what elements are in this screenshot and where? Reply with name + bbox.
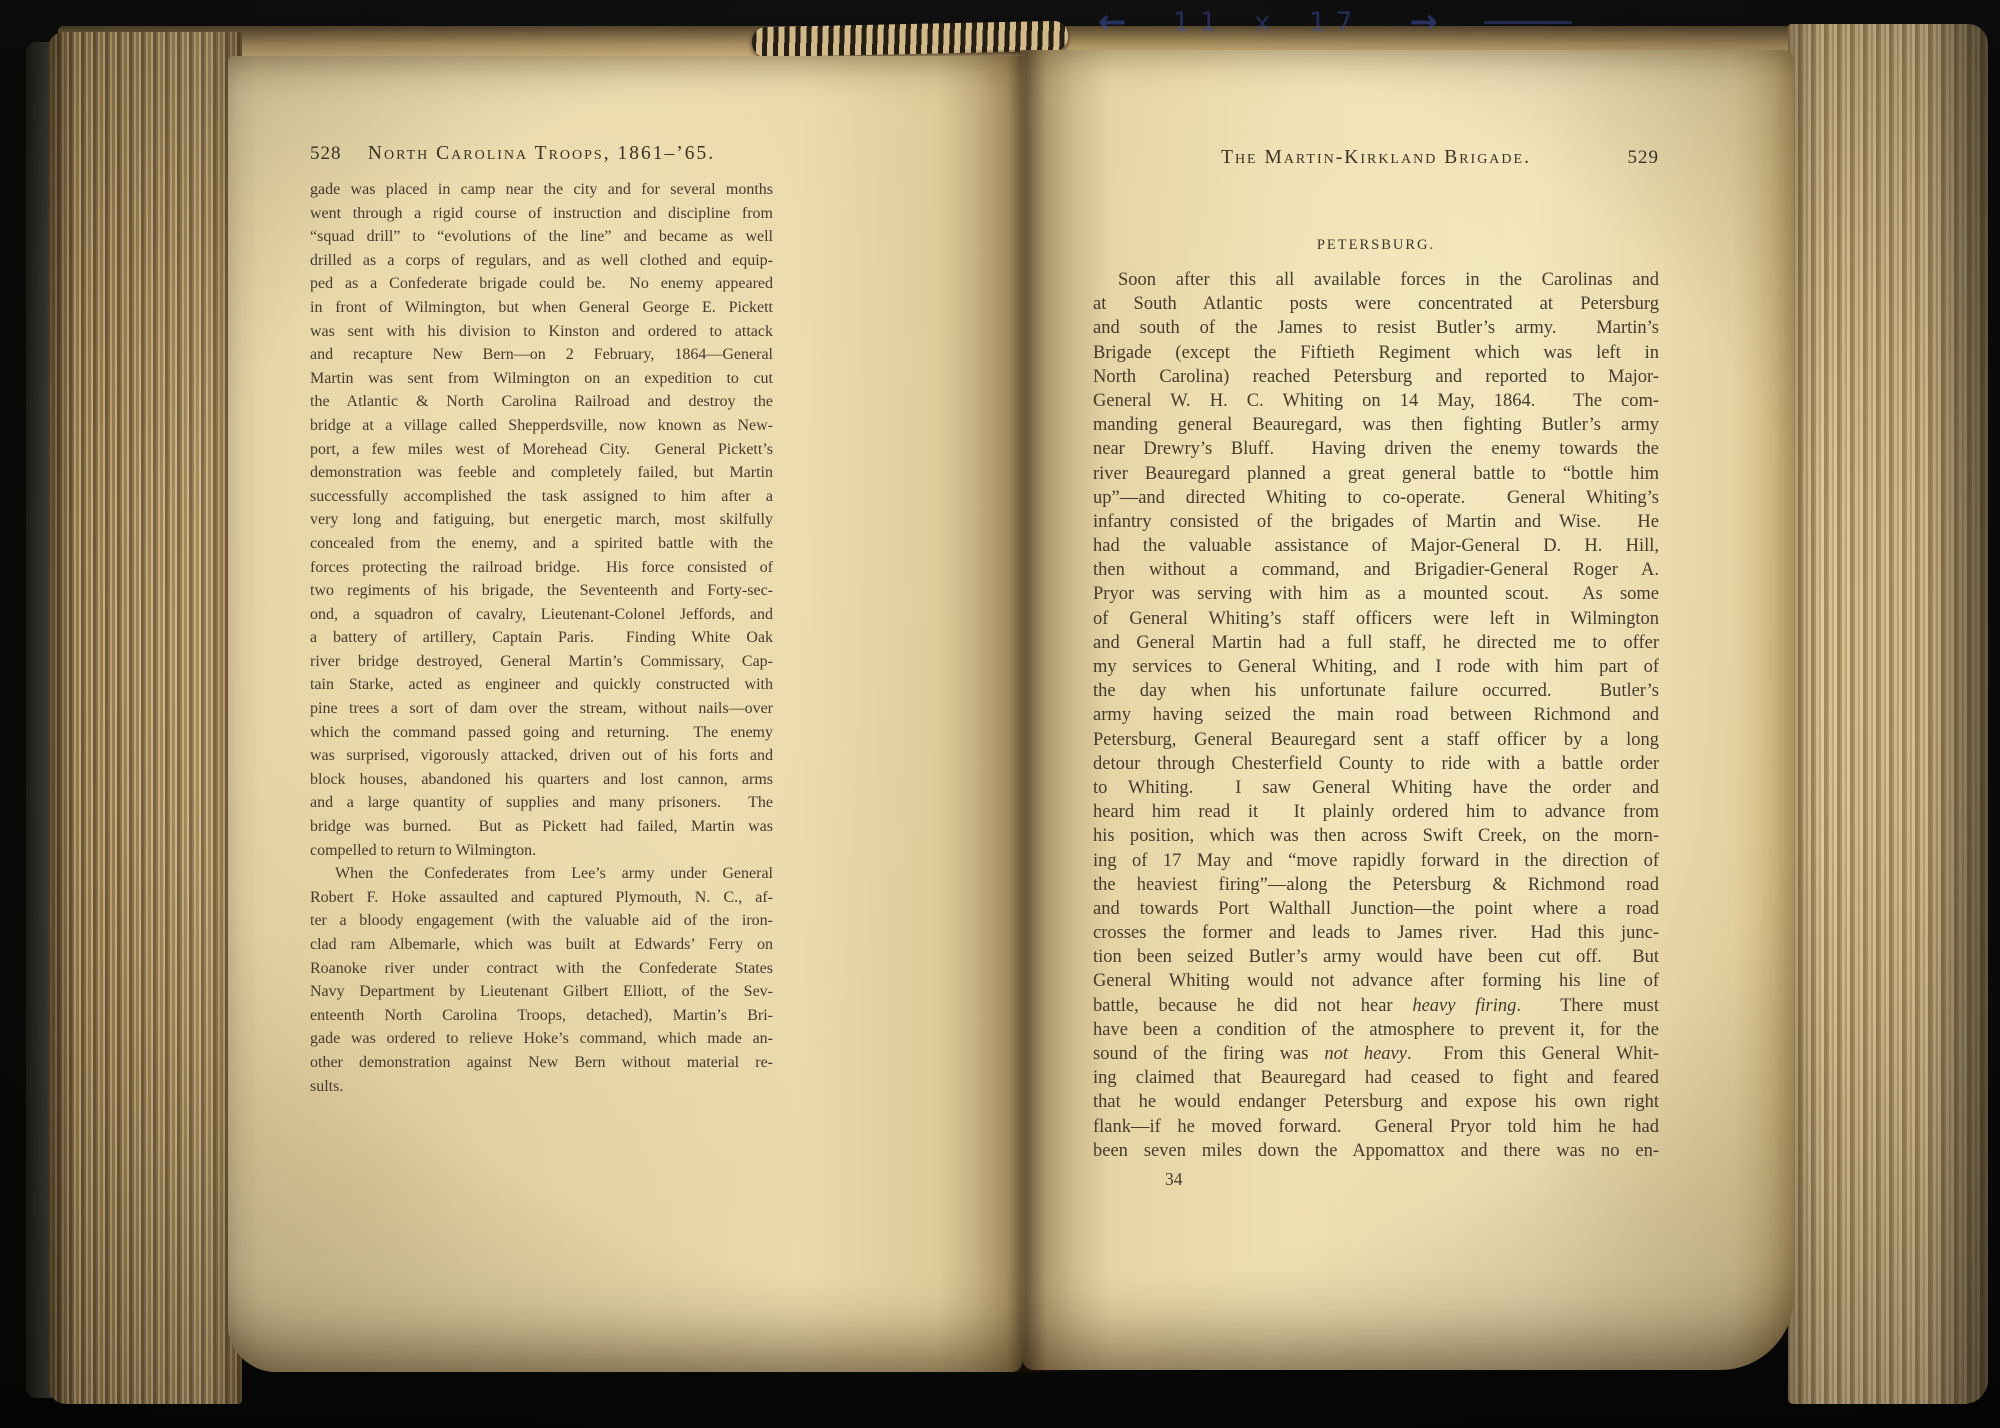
page-number: 529 [1628, 144, 1660, 172]
text-line: General Whiting would not advance after … [1093, 969, 1659, 993]
text-line: went through a rigid course of instructi… [310, 202, 773, 226]
size-label: 11 x 17 [1173, 7, 1364, 38]
text-line: to Whiting. I saw General Whiting have t… [1093, 776, 1659, 800]
text-line: successfully accomplished the task assig… [310, 485, 773, 509]
running-title: The Martin-Kirkland Brigade. [1093, 144, 1659, 172]
text-line: crosses the former and leads to James ri… [1093, 921, 1659, 945]
text-line: drilled as a corps of regulars, and as w… [310, 249, 773, 273]
text-line: his position, which was then across Swif… [1093, 824, 1659, 848]
text-line: and a large quantity of supplies and man… [310, 791, 773, 815]
text-line: at South Atlantic posts were concentrate… [1093, 292, 1659, 316]
text-line: sults. [310, 1075, 773, 1099]
right-page-header: The Martin-Kirkland Brigade. 529 [1093, 144, 1659, 172]
text-line: had the valuable assistance of Major-Gen… [1093, 534, 1659, 558]
text-line: up”—and directed Whiting to co-operate. … [1093, 486, 1659, 510]
text-line: been seven miles down the Appomattox and… [1093, 1139, 1659, 1163]
text-line: Pryor was serving with him as a mounted … [1093, 582, 1659, 606]
text-line: river Beauregard planned a great general… [1093, 462, 1659, 486]
text-line: Soon after this all available forces in … [1093, 268, 1659, 292]
text-line: block houses, abandoned his quarters and… [310, 768, 773, 792]
text-line: enteenth North Carolina Troops, detached… [310, 1004, 773, 1028]
text-line: flank—if he moved forward. General Pryor… [1093, 1115, 1659, 1139]
text-line: which the command passed going and retur… [310, 721, 773, 745]
page-body-text: Soon after this all available forces in … [1093, 268, 1659, 1163]
text-line: Roanoke river under contract with the Co… [310, 957, 773, 981]
ruler-line [1484, 21, 1572, 24]
running-title: North Carolina Troops, 1861–’65. [310, 140, 773, 168]
text-line: pine trees a sort of dam over the stream… [310, 697, 773, 721]
right-arrow-icon: → [1409, 2, 1438, 42]
page-number: 528 [310, 140, 342, 168]
text-line: other demonstration against New Bern wit… [310, 1051, 773, 1075]
text-line: bridge was burned. But as Pickett had fa… [310, 815, 773, 839]
text-line: “squad drill” to “evolutions of the line… [310, 225, 773, 249]
text-line: and towards Port Walthall Junction—the p… [1093, 897, 1659, 921]
text-line: General W. H. C. Whiting on 14 May, 1864… [1093, 389, 1659, 413]
text-line: tain Starke, acted as engineer and quick… [310, 673, 773, 697]
text-line: Petersburg, General Beauregard sent a st… [1093, 728, 1659, 752]
left-page-text-column: 528 North Carolina Troops, 1861–’65. gad… [310, 140, 773, 1098]
text-line: my services to General Whiting, and I ro… [1093, 655, 1659, 679]
text-line: demonstration was feeble and completely … [310, 461, 773, 485]
text-line: compelled to return to Wilmington. [310, 839, 773, 863]
text-line: tion been seized Butler’s army would hav… [1093, 945, 1659, 969]
text-line: have been a condition of the atmosphere … [1093, 1018, 1659, 1042]
text-line: and south of the James to resist Butler’… [1093, 316, 1659, 340]
text-line: When the Confederates from Lee’s army un… [310, 862, 773, 886]
text-line: heard him read it It plainly ordered him… [1093, 800, 1659, 824]
scanner-size-annotation: ← 11 x 17 → [1098, 0, 1572, 44]
text-line: detour through Chesterfield County to ri… [1093, 752, 1659, 776]
text-line: very long and fatiguing, but energetic m… [310, 508, 773, 532]
left-arrow-icon: ← [1098, 2, 1127, 42]
text-line: near Drewry’s Bluff. Having driven the e… [1093, 437, 1659, 461]
text-line: bridge at a village called Shepperdsvill… [310, 414, 773, 438]
text-line: sound of the firing was not heavy. From … [1093, 1042, 1659, 1066]
section-heading: PETERSBURG. [1093, 234, 1659, 256]
text-line: Brigade (except the Fiftieth Regiment wh… [1093, 341, 1659, 365]
text-line: that he would endanger Petersburg and ex… [1093, 1090, 1659, 1114]
text-line: Robert F. Hoke assaulted and captured Pl… [310, 886, 773, 910]
text-line: clad ram Albemarle, which was built at E… [310, 933, 773, 957]
text-line: battle, because he did not hear heavy fi… [1093, 994, 1659, 1018]
text-line: a battery of artillery, Captain Paris. F… [310, 626, 773, 650]
text-line: the day when his unfortunate failure occ… [1093, 679, 1659, 703]
text-line: and General Martin had a full staff, he … [1093, 631, 1659, 655]
text-line: ped as a Confederate brigade could be. N… [310, 272, 773, 296]
text-line: ond, a squadron of cavalry, Lieutenant-C… [310, 603, 773, 627]
text-line: then without a command, and Brigadier-Ge… [1093, 558, 1659, 582]
text-line: army having seized the main road between… [1093, 703, 1659, 727]
text-line: infantry consisted of the brigades of Ma… [1093, 510, 1659, 534]
text-line: gade was ordered to relieve Hoke’s comma… [310, 1027, 773, 1051]
text-line: North Carolina) reached Petersburg and r… [1093, 365, 1659, 389]
text-line: river bridge destroyed, General Martin’s… [310, 650, 773, 674]
text-line: of General Whiting’s staff officers were… [1093, 607, 1659, 631]
text-line: manding general Beauregard, was then fig… [1093, 413, 1659, 437]
gutter-shadow [938, 50, 1110, 1372]
text-line: ter a bloody engagement (with the valuab… [310, 909, 773, 933]
text-line: ing claimed that Beauregard had ceased t… [1093, 1066, 1659, 1090]
text-line: Martin was sent from Wilmington on an ex… [310, 367, 773, 391]
book-scan-scene: ← 11 x 17 → 528 North Carolina Troops, 1… [0, 0, 2000, 1428]
text-line: Navy Department by Lieutenant Gilbert El… [310, 980, 773, 1004]
right-page-text-column: The Martin-Kirkland Brigade. 529 PETERSB… [1093, 144, 1659, 1190]
text-line: ing of 17 May and “move rapidly forward … [1093, 849, 1659, 873]
text-line: the heaviest firing”—along the Petersbur… [1093, 873, 1659, 897]
text-line: port, a few miles west of Morehead City.… [310, 438, 773, 462]
text-line: two regiments of his brigade, the Sevent… [310, 579, 773, 603]
text-line: concealed from the enemy, and a spirited… [310, 532, 773, 556]
page-stack-left [48, 32, 242, 1404]
text-line: the Atlantic & North Carolina Railroad a… [310, 390, 773, 414]
text-line: was sent with his division to Kinston an… [310, 320, 773, 344]
page-stack-right [1788, 24, 1988, 1404]
text-line: was surprised, vigorously attacked, driv… [310, 744, 773, 768]
signature-mark: 34 [1165, 1169, 1659, 1190]
text-line: gade was placed in camp near the city an… [310, 178, 773, 202]
text-line: and recapture New Bern—on 2 February, 18… [310, 343, 773, 367]
text-line: in front of Wilmington, but when General… [310, 296, 773, 320]
text-line: forces protecting the railroad bridge. H… [310, 556, 773, 580]
page-body-text: gade was placed in camp near the city an… [310, 178, 773, 1098]
left-page-header: 528 North Carolina Troops, 1861–’65. [310, 140, 773, 168]
